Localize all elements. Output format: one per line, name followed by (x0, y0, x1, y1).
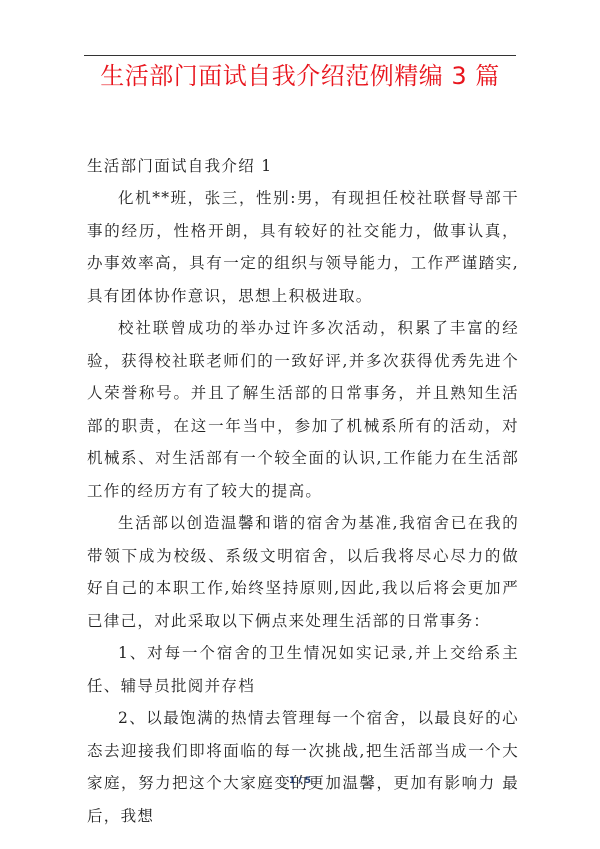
paragraph-3: 生活部以创造温馨和谐的宿舍为基准,我宿舍已在我的带领下成为校级、系级文明宿舍，以… (87, 507, 519, 637)
section-heading: 生活部门面试自我介绍 1 (87, 150, 519, 182)
document-body: 生活部门面试自我介绍 1 化机**班，张三，性别:男，有现担任校社联督导部干事的… (87, 150, 519, 832)
paragraph-1: 化机**班，张三，性别:男，有现担任校社联督导部干事的经历，性格开朗，具有较好的… (87, 182, 519, 312)
header-rule (84, 55, 516, 56)
document-title: 生活部门面试自我介绍范例精编 3 篇 (0, 60, 600, 92)
paragraph-4: 1、对每一个宿舍的卫生情况如实记录,并上交给系主任、辅导员批阅并存档 (87, 637, 519, 702)
paragraph-5: 2、以最饱满的热情去管理每一个宿舍，以最良好的心态去迎接我们即将面临的每一次挑战… (87, 702, 519, 832)
page-number: 1 / 5 (0, 776, 600, 786)
paragraph-2: 校社联曾成功的举办过许多次活动，积累了丰富的经验，获得校社联老师们的一致好评,并… (87, 312, 519, 507)
